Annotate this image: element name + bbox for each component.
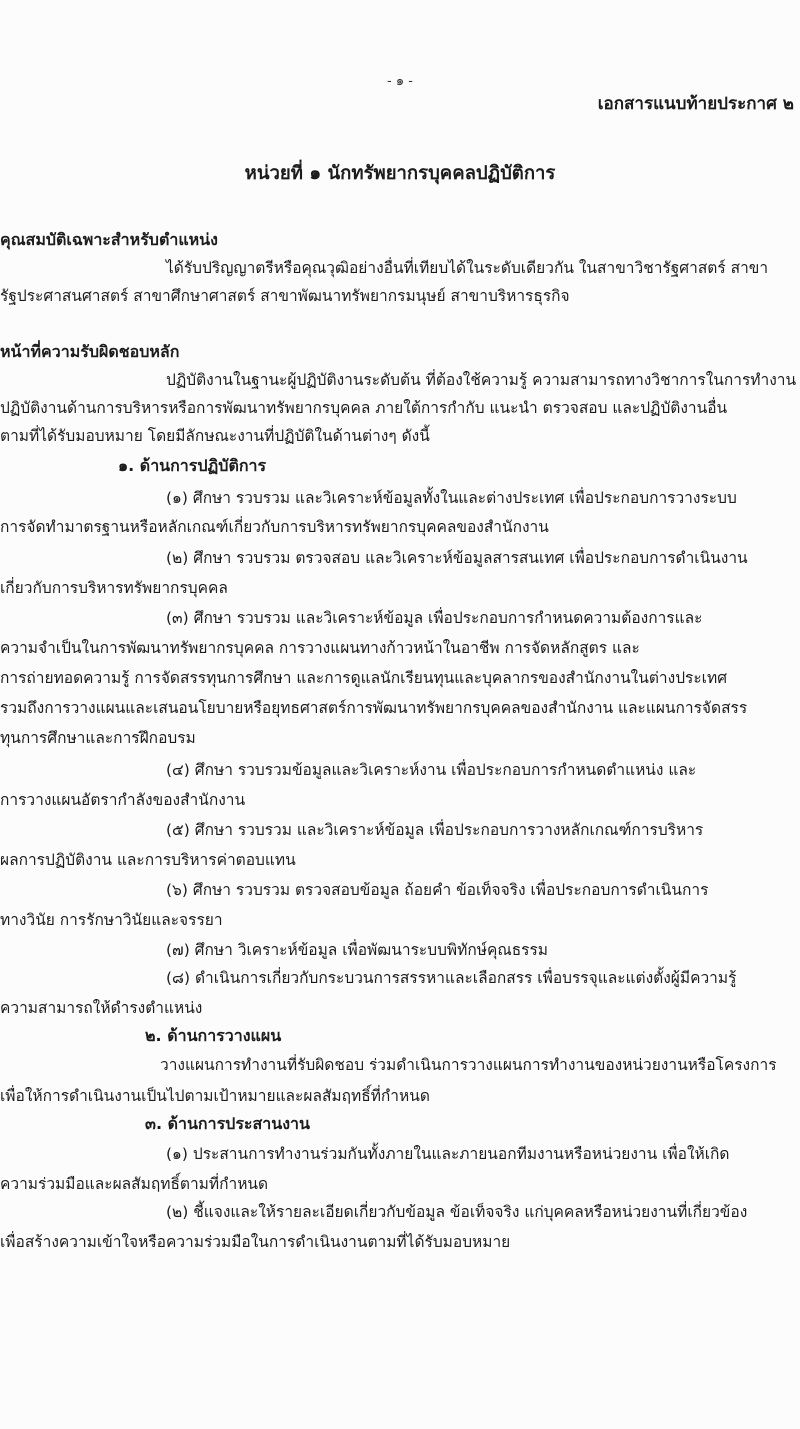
section-heading-operations: ๑. ด้านการปฏิบัติการ [118, 456, 266, 476]
responsibilities-intro-line: ปฏิบัติงานในฐานะผู้ปฏิบัติงานระดับต้น ที… [166, 370, 796, 390]
list-item-continuation: ทุนการศึกษาและการฝึกอบรม [0, 728, 196, 748]
list-item-continuation: การถ่ายทอดความรู้ การจัดสรรทุนการศึกษา แ… [0, 668, 727, 688]
list-item: (๔) ศึกษา รวบรวมข้อมูลและวิเคราะห์งาน เพ… [166, 760, 696, 780]
list-item-continuation: รวมถึงการวางแผนและเสนอนโยบายหรือยุทธศาสต… [0, 698, 747, 718]
qualifications-heading: คุณสมบัติเฉพาะสำหรับตำแหน่ง [0, 230, 218, 250]
list-item: (๑) ศึกษา รวบรวม และวิเคราะห์ข้อมูลทั้งใ… [166, 488, 737, 508]
list-item: (๖) ศึกษา รวบรวม ตรวจสอบข้อมูล ถ้อยคำ ข้… [166, 880, 708, 900]
responsibilities-intro-line: ปฏิบัติงานด้านการบริหารหรือการพัฒนาทรัพย… [0, 398, 727, 418]
qualifications-line: รัฐประศาสนศาสตร์ สาขาศึกษาศาสตร์ สาขาพัฒ… [0, 286, 570, 306]
list-item: (๒) ศึกษา รวบรวม ตรวจสอบ และวิเคราะห์ข้อ… [166, 548, 748, 568]
list-item-continuation: ความร่วมมือและผลสัมฤทธิ์ตามที่กำหนด [0, 1174, 268, 1194]
section-heading-planning: ๒. ด้านการวางแผน [145, 1026, 281, 1046]
qualifications-line: ได้รับปริญญาตรีหรือคุณวุฒิอย่างอื่นที่เท… [166, 258, 768, 278]
list-item-continuation: ผลการปฏิบัติงาน และการบริหารค่าตอบแทน [0, 850, 296, 870]
list-item-continuation: การจัดทำมาตรฐานหรือหลักเกณฑ์เกี่ยวกับการ… [0, 517, 549, 537]
list-item: (๗) ศึกษา วิเคราะห์ข้อมูล เพื่อพัฒนาระบบ… [166, 940, 548, 960]
list-item-continuation: ความจำเป็นในการพัฒนาทรัพยากรบุคคล การวาง… [0, 638, 640, 658]
responsibilities-heading: หน้าที่ความรับผิดชอบหลัก [0, 342, 179, 362]
document-page: - ๑ - เอกสารแนบท้ายประกาศ ๒ หน่วยที่ ๑ น… [0, 0, 800, 1429]
list-item-continuation: เกี่ยวกับการบริหารทรัพยากรบุคคล [0, 578, 228, 598]
list-item: วางแผนการทำงานที่รับผิดชอบ ร่วมดำเนินการ… [160, 1055, 777, 1075]
list-item-continuation: ความสามารถให้ดำรงตำแหน่ง [0, 998, 202, 1018]
annex-label: เอกสารแนบท้ายประกาศ ๒ [598, 94, 794, 114]
list-item: (๘) ดำเนินการเกี่ยวกับกระบวนการสรรหาและเ… [166, 968, 736, 988]
list-item: (๓) ศึกษา รวบรวม และวิเคราะห์ข้อมูล เพื่… [166, 608, 702, 628]
list-item-continuation: เพื่อให้การดำเนินงานเป็นไปตามเป้าหมายและ… [0, 1086, 430, 1106]
list-item: (๑) ประสานการทำงานร่วมกันทั้งภายในและภาย… [166, 1144, 730, 1164]
section-heading-coordination: ๓. ด้านการประสานงาน [145, 1114, 310, 1134]
list-item-continuation: เพื่อสร้างความเข้าใจหรือความร่วมมือในการ… [0, 1232, 510, 1252]
list-item: (๕) ศึกษา รวบรวม และวิเคราะห์ข้อมูล เพื่… [166, 820, 703, 840]
list-item-continuation: การวางแผนอัตรากำลังของสำนักงาน [0, 790, 245, 810]
responsibilities-intro-line: ตามที่ได้รับมอบหมาย โดยมีลักษณะงานที่ปฏิ… [0, 426, 430, 446]
list-item: (๒) ชี้แจงและให้รายละเอียดเกี่ยวกับข้อมู… [166, 1202, 747, 1222]
document-title: หน่วยที่ ๑ นักทรัพยากรบุคคลปฏิบัติการ [0, 164, 800, 184]
page-number: - ๑ - [0, 72, 800, 92]
list-item-continuation: ทางวินัย การรักษาวินัยและจรรยา [0, 910, 223, 930]
